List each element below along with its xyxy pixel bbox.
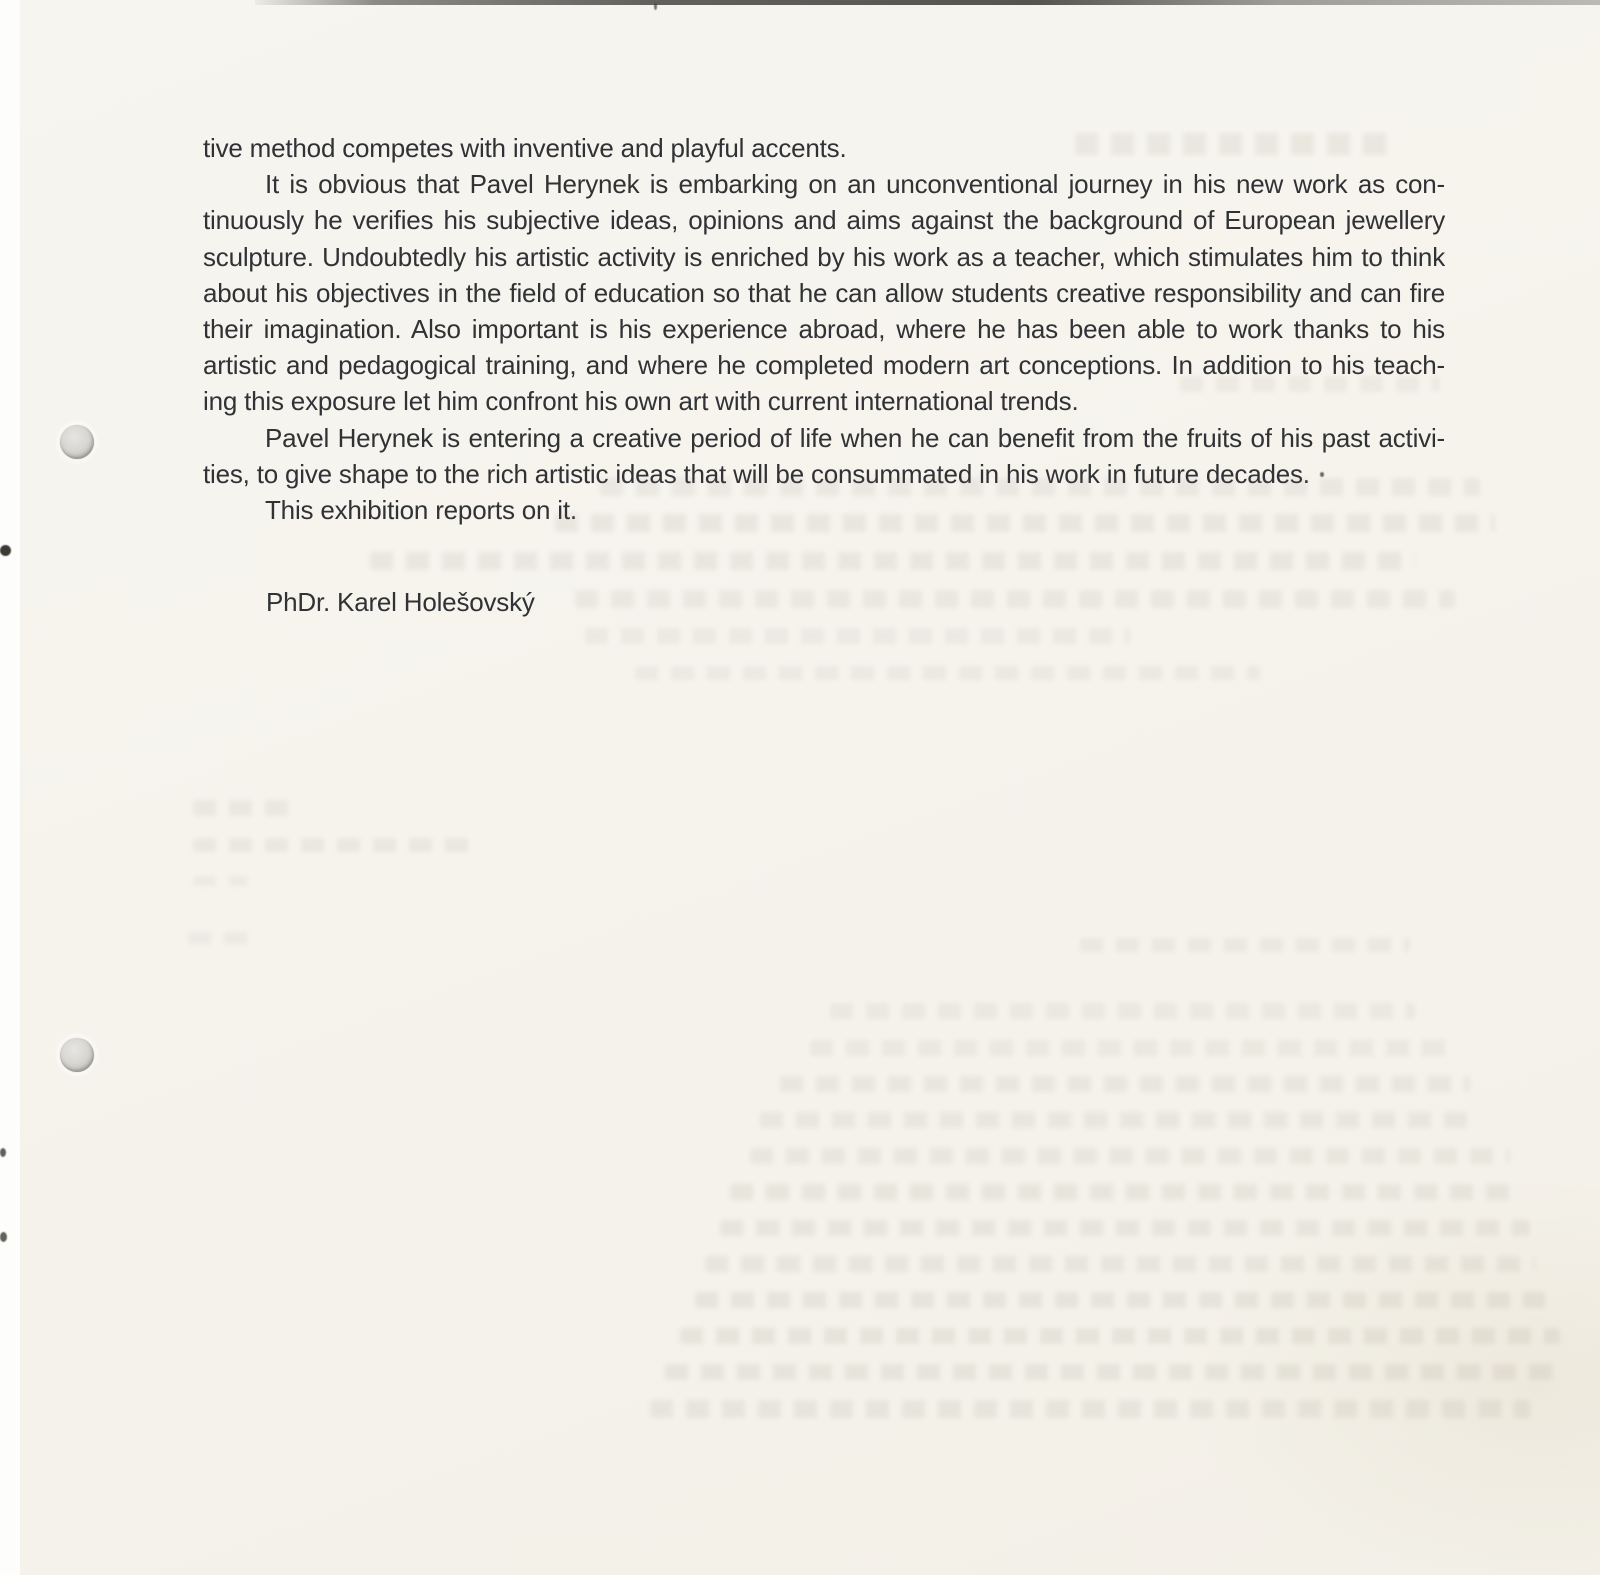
- bleed-through-smudge: [193, 876, 248, 886]
- bleed-through-smudge: [680, 1328, 1560, 1344]
- bleed-through-smudge: [695, 1292, 1545, 1308]
- body-text-line: Pavel Herynek is entering a creative per…: [203, 420, 1445, 456]
- bleed-through-smudge: [555, 514, 1495, 532]
- bleed-through-smudge: [720, 1220, 1530, 1236]
- scan-speck: [654, 3, 657, 10]
- bleed-through-smudge: [750, 1148, 1510, 1164]
- scan-speck: [1320, 472, 1324, 477]
- punch-hole-bottom-inner: [60, 1038, 94, 1072]
- bleed-through-smudge: [1080, 938, 1410, 952]
- bleed-through-smudge: [370, 552, 1415, 570]
- body-text-line: sculpture. Undoubtedly his artistic acti…: [203, 239, 1445, 275]
- body-text-line: about his objectives in the field of edu…: [203, 275, 1445, 311]
- scan-speck: [0, 545, 11, 556]
- bleed-through-smudge: [193, 800, 288, 816]
- bleed-through-smudge: [830, 1003, 1415, 1019]
- bleed-through-smudge: [705, 1256, 1535, 1272]
- paper-sheet: tive method competes with inventive and …: [20, 0, 1600, 1575]
- body-text: tive method competes with inventive and …: [203, 130, 1445, 528]
- bleed-through-smudge: [760, 1112, 1480, 1128]
- bleed-through-smudge: [650, 1400, 1530, 1418]
- scan-edge-artifact: [255, 0, 1600, 5]
- body-text-line: It is obvious that Pavel Herynek is emba…: [203, 166, 1445, 202]
- bleed-through-smudge: [1075, 133, 1395, 155]
- bleed-through-smudge: [635, 666, 1260, 680]
- bleed-through-smudge: [780, 1076, 1470, 1092]
- bleed-through-smudge: [730, 1184, 1520, 1200]
- bleed-through-smudge: [600, 478, 1480, 496]
- signature-line: PhDr. Karel Holešovský: [266, 584, 535, 620]
- body-text-line: their imagination. Also important is his…: [203, 311, 1445, 347]
- punch-hole-bottom: [55, 1033, 99, 1077]
- bleed-through-smudge: [665, 1364, 1565, 1380]
- body-text-line: tinuously he verifies his subjective ide…: [203, 202, 1445, 238]
- punch-hole-top-inner: [60, 425, 94, 459]
- scanned-page-root: { "document": { "body_lines": [ { "text"…: [0, 0, 1600, 1575]
- bleed-through-smudge: [585, 628, 1130, 644]
- bleed-through-smudge: [575, 590, 1455, 608]
- punch-hole-top: [55, 420, 99, 464]
- scan-speck: [0, 1148, 6, 1157]
- scan-speck: [0, 1232, 7, 1242]
- bleed-through-smudge: [810, 1040, 1450, 1056]
- bleed-through-smudge: [193, 838, 478, 852]
- bleed-through-smudge: [188, 932, 253, 944]
- bleed-through-smudge: [1180, 376, 1440, 392]
